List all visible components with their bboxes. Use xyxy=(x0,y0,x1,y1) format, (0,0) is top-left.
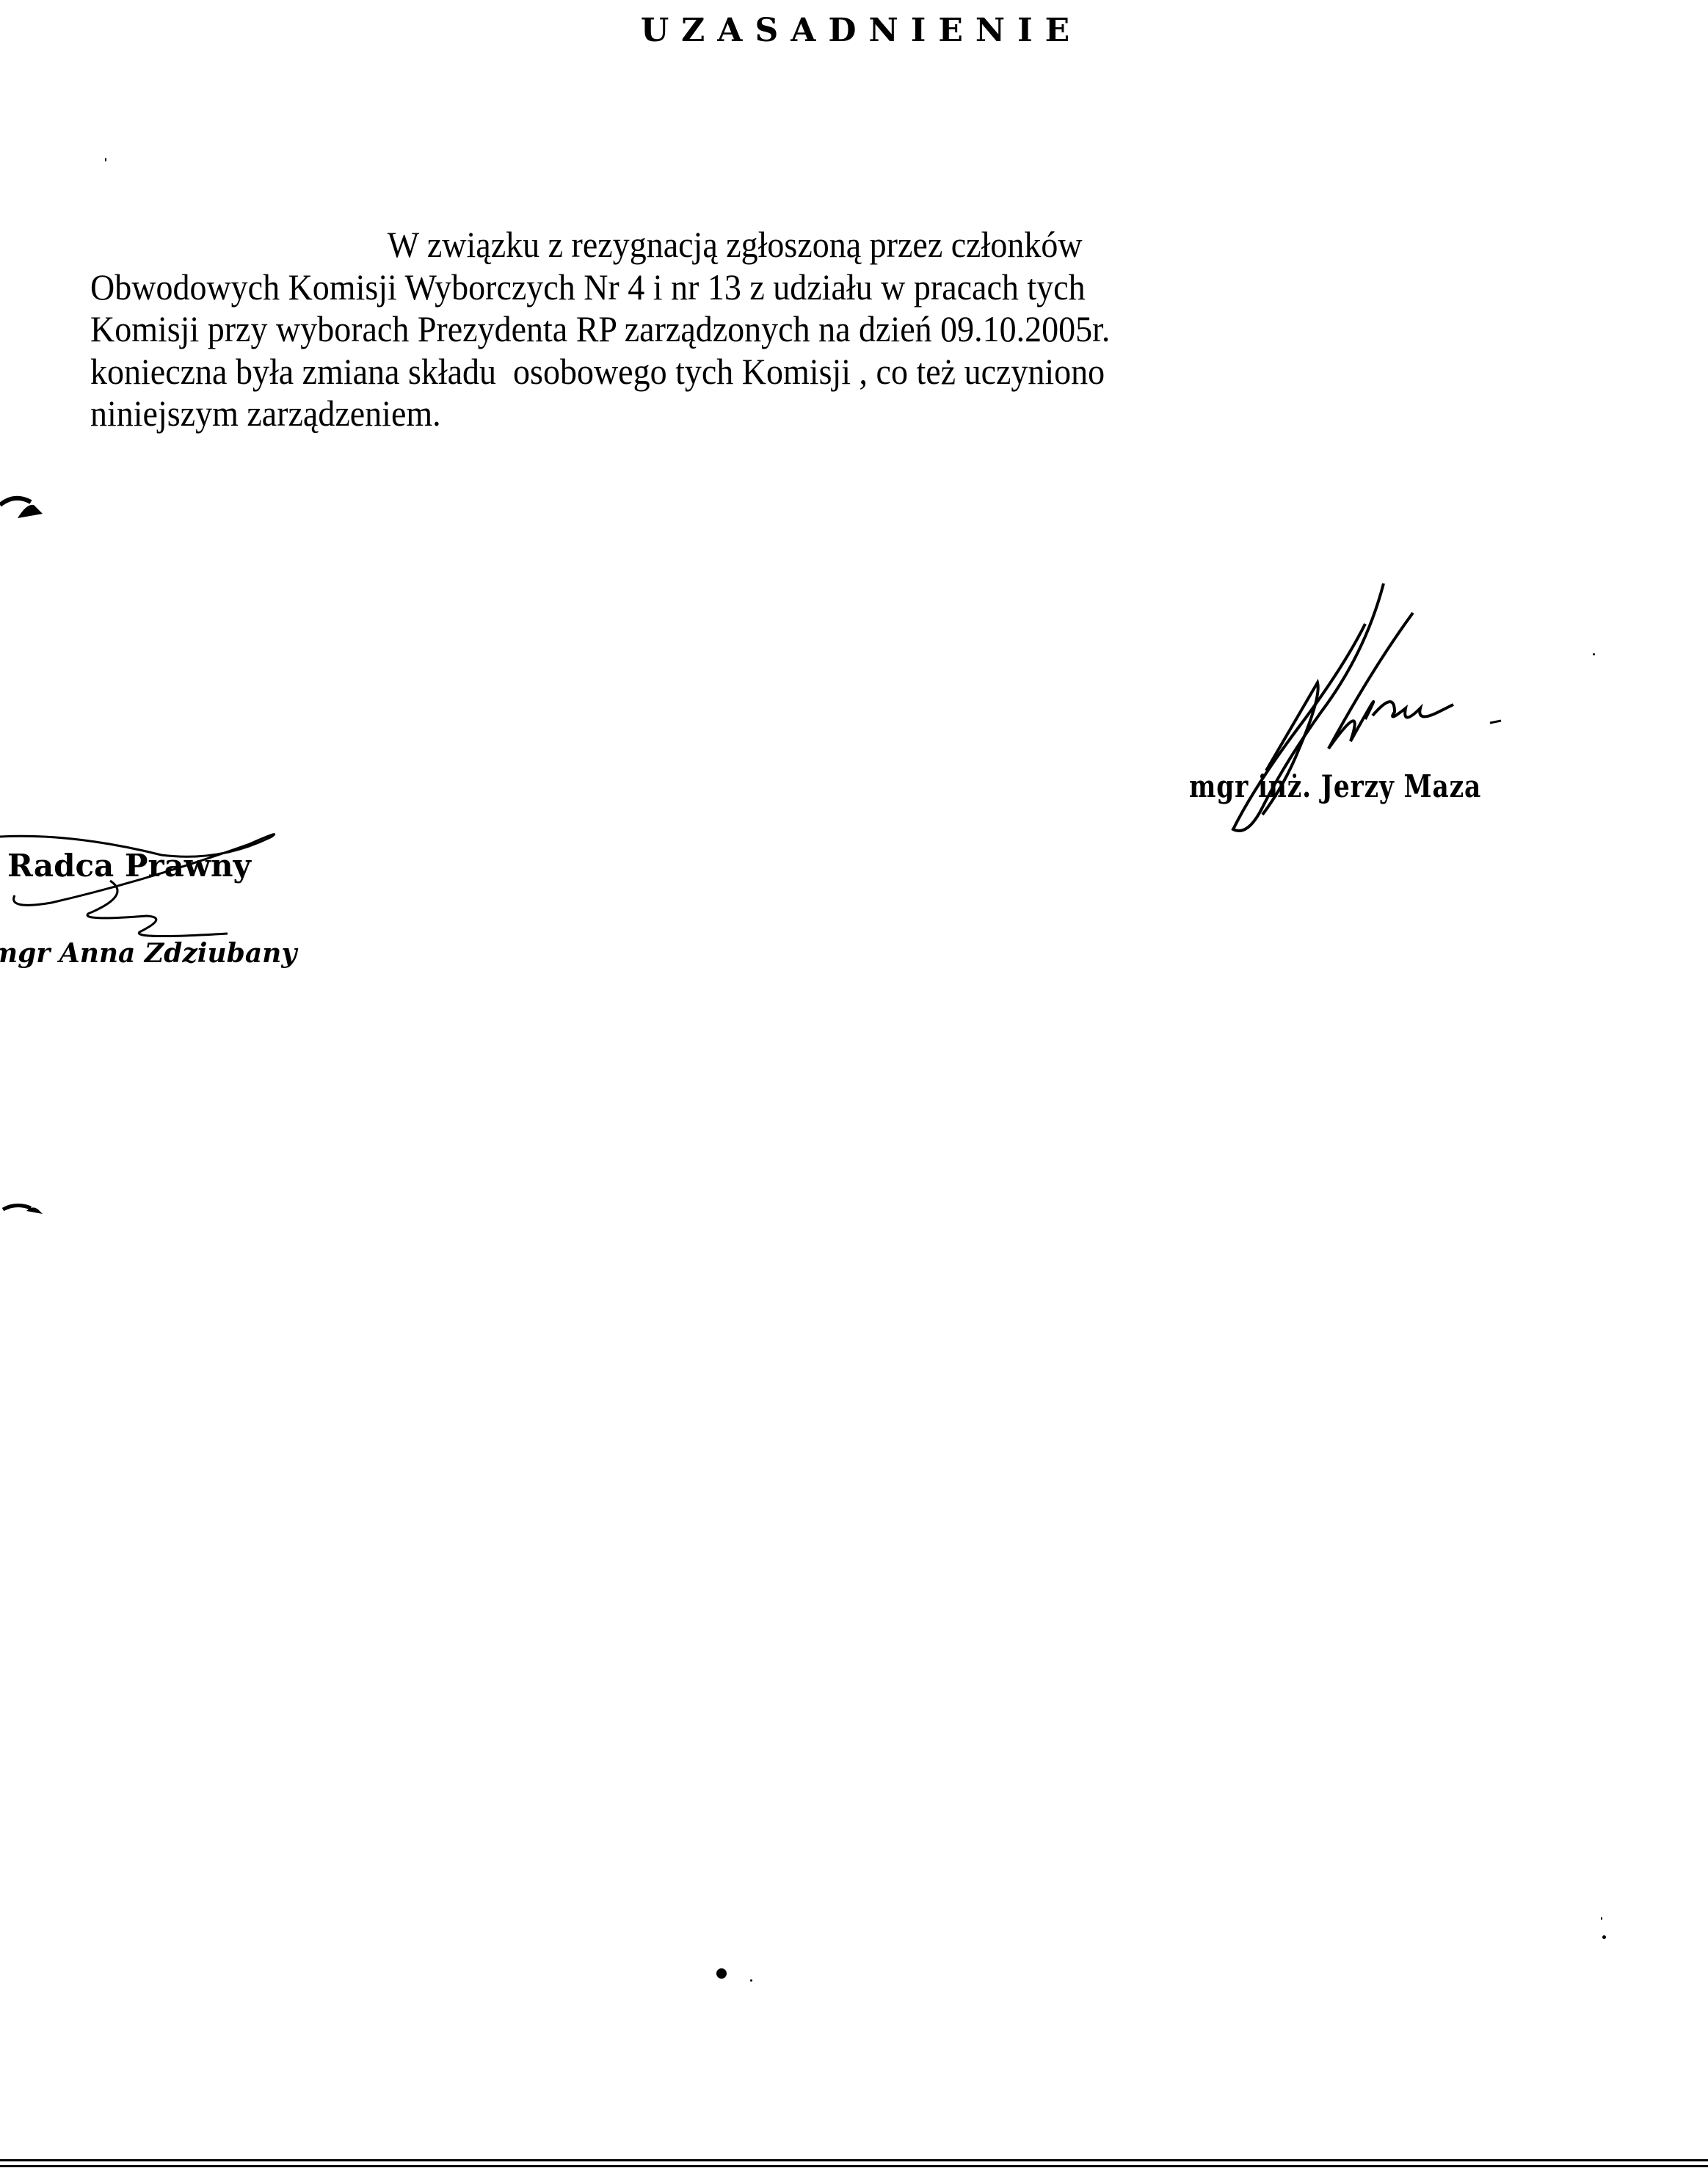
scan-speck xyxy=(750,1979,752,1982)
paragraph-line: Obwodowych Komisji Wyborczych Nr 4 i nr … xyxy=(90,266,1373,309)
scan-speck xyxy=(1602,1935,1606,1939)
paragraph-line: Komisji przy wyborach Prezydenta RP zarz… xyxy=(90,308,1373,351)
paragraph-line: W związku z rezygnacją zgłoszoną przez c… xyxy=(90,224,1373,266)
director-name: mgr inż. Jerzy Maza xyxy=(1189,768,1481,804)
scan-speck xyxy=(1593,653,1595,655)
document-title: UZASADNIENIE xyxy=(0,9,1708,53)
scan-edge-line xyxy=(0,2159,1708,2161)
scanned-document-page: UZASADNIENIE W związku z rezygnacją zgło… xyxy=(0,0,1708,2179)
justification-paragraph: W związku z rezygnacją zgłoszoną przez c… xyxy=(90,224,1373,435)
legal-counsel-role: Radca Prawny xyxy=(7,848,251,884)
scan-speck xyxy=(716,1968,727,1979)
paragraph-line: konieczna była zmiana składu osobowego t… xyxy=(90,351,1373,393)
scan-speck xyxy=(1601,1917,1602,1920)
paragraph-line: niniejszym zarządzeniem. xyxy=(90,393,1373,435)
scan-edge-line xyxy=(0,2165,1708,2167)
legal-counsel-name: mgr Anna Zdziubany xyxy=(0,938,297,969)
scan-speck xyxy=(105,158,106,161)
punch-hole-mark-icon xyxy=(0,1196,51,1226)
punch-hole-mark-icon xyxy=(0,492,51,528)
